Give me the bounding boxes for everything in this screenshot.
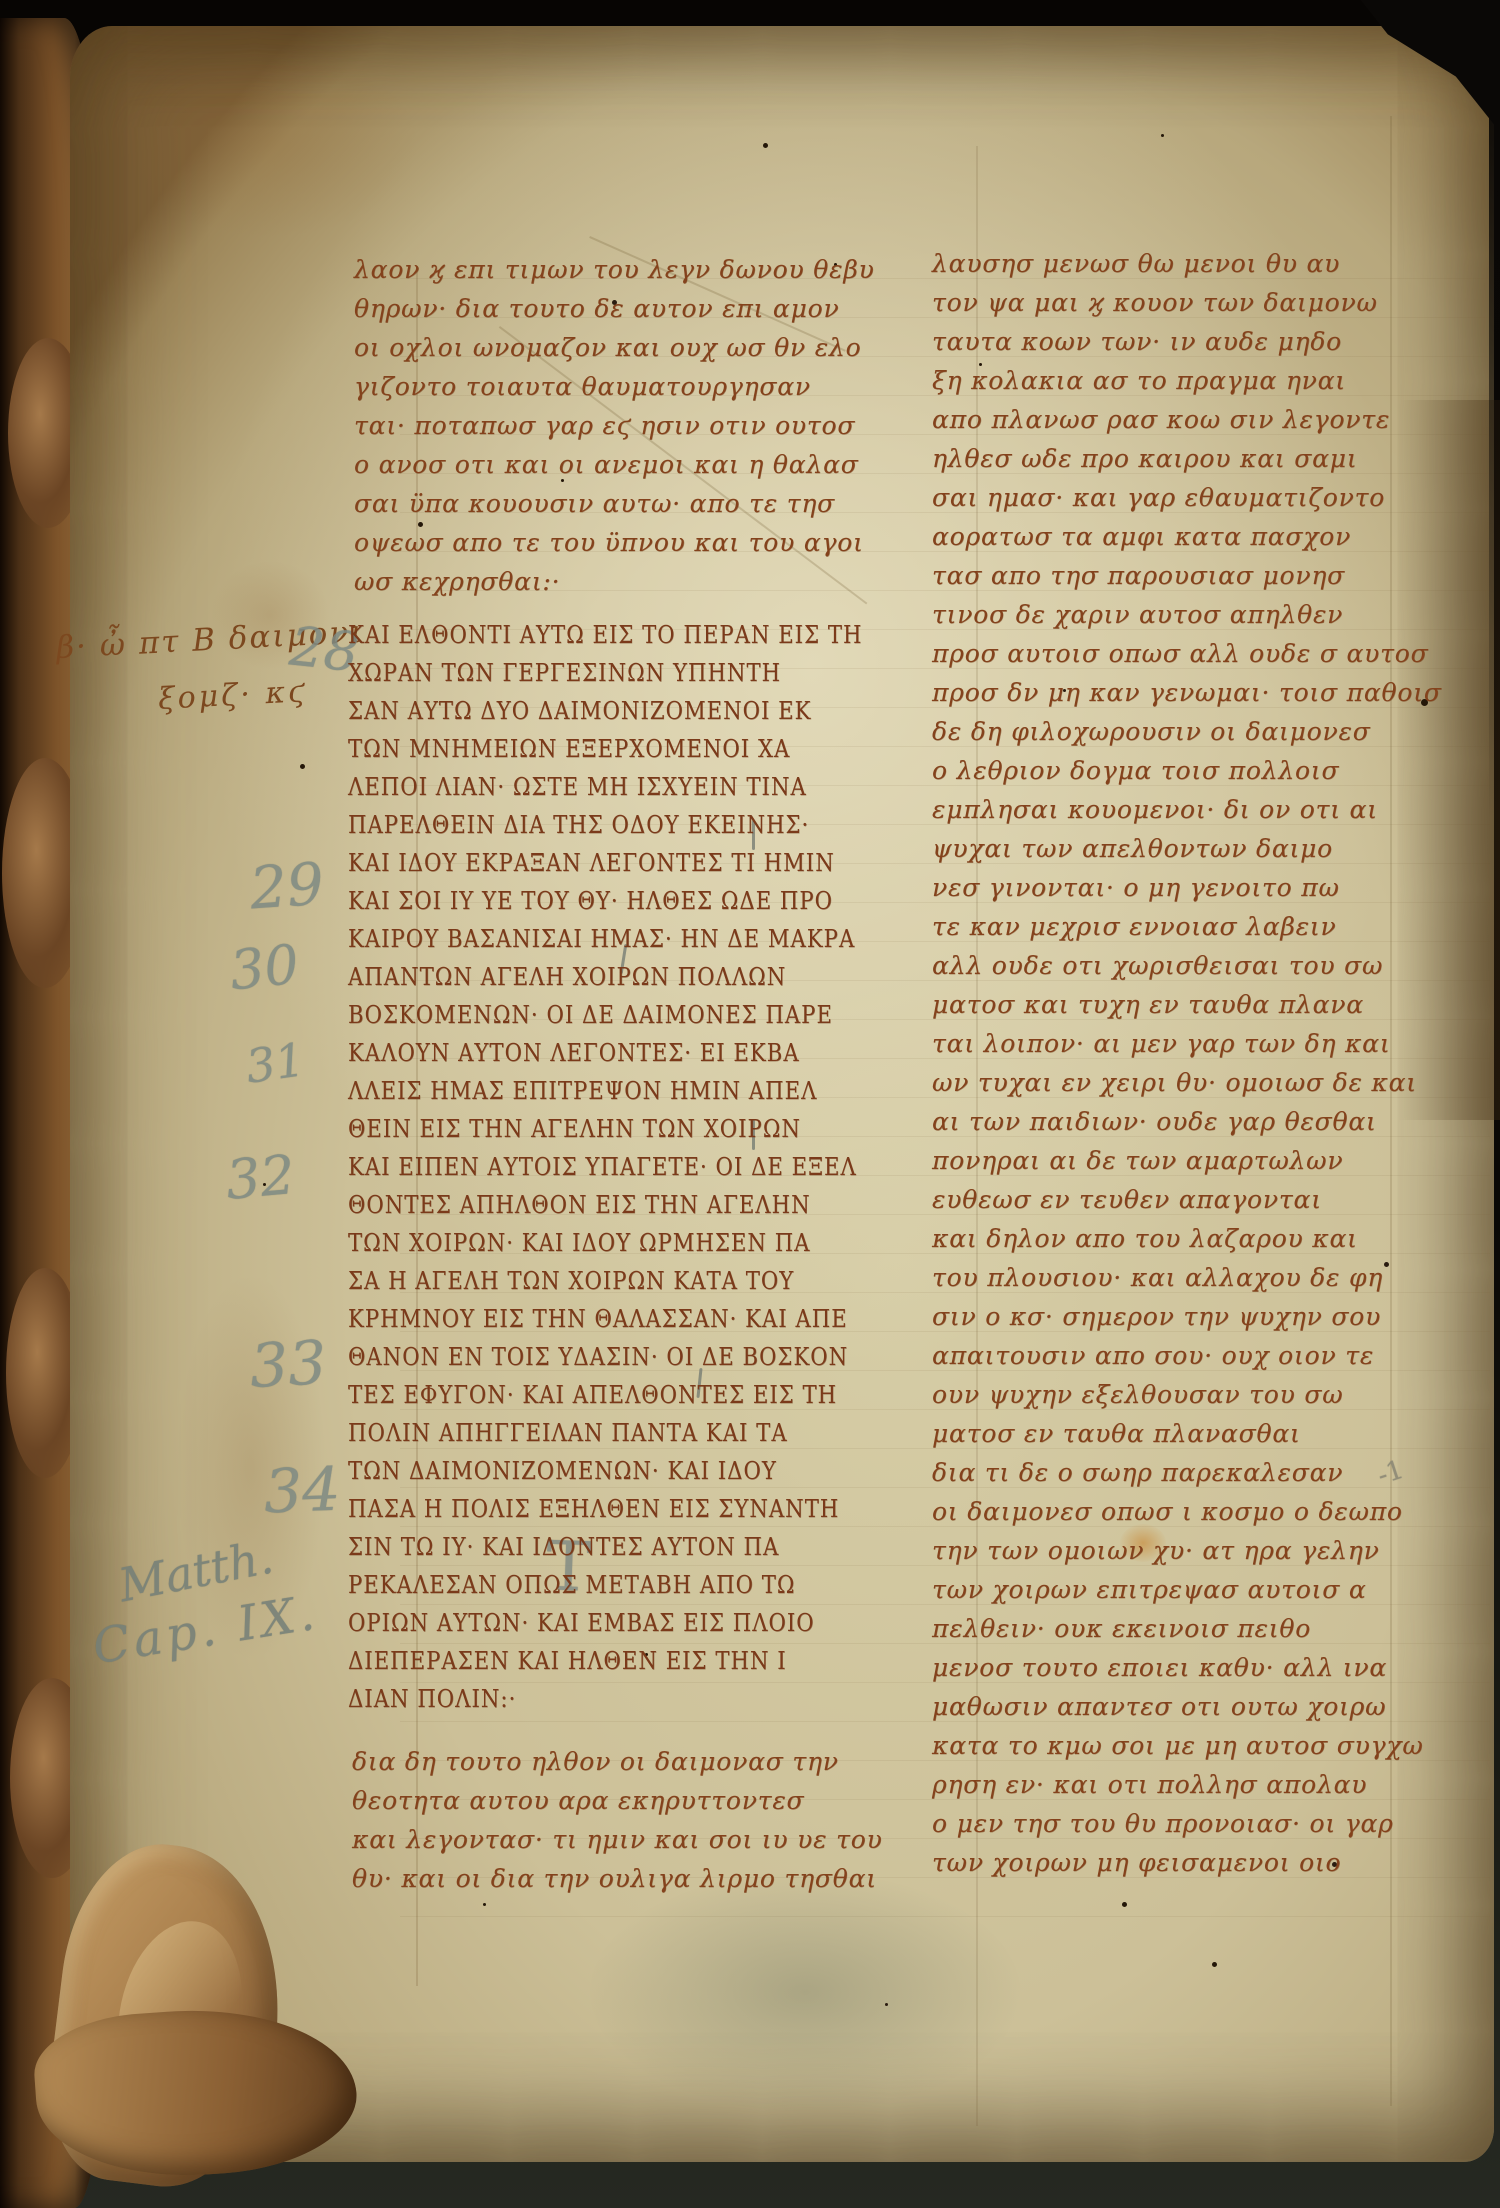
gospel-line: ΤΩΝ ΧΟΙΡΩΝ· ΚΑΙ ΙΔΟΥ ΩΡΜΗΣΕΝ ΠΑ bbox=[348, 1224, 862, 1262]
commentary-line: λαυσησ μενωσ θω μενοι θυ αυ bbox=[932, 244, 1442, 283]
commentary-line: θυ· και οι δια την ουλιγα λιρμο τησθαι bbox=[352, 1859, 883, 1898]
photo-background-top bbox=[0, 0, 1500, 26]
commentary-line: θηρων· δια τουτο δε αυτον επι αμον bbox=[354, 289, 875, 328]
commentary-line: τον ψα μαι ϗ κουον των δαιμονω bbox=[932, 283, 1442, 322]
gospel-line: ΚΑΛΟΥΝ ΑΥΤΟΝ ΛΕΓΟΝΤΕΣ· ΕΙ ΕΚΒΑ bbox=[348, 1034, 862, 1072]
right-column-commentary: λαυσησ μενωσ θω μενοι θυ αυτον ψα μαι ϗ … bbox=[932, 244, 1442, 1882]
commentary-line: οι οχλοι ωνομαζον και ουχ ωσ θν ελο bbox=[354, 328, 875, 367]
commentary-line: και δηλον απο του λαζαρου και bbox=[932, 1219, 1442, 1258]
commentary-line: τε καν μεχρισ εννοιασ λαβειν bbox=[932, 907, 1442, 946]
gospel-line: ΤΕΣ ΕΦΥΓΟΝ· ΚΑΙ ΑΠΕΛΘΟΝΤΕΣ ΕΙΣ ΤΗ bbox=[348, 1376, 862, 1414]
left-column-commentary-top: λαον ϗ επι τιμων του λεγν δωνου θεβυθηρω… bbox=[354, 250, 875, 601]
gospel-line: ΛΛΕΙΣ ΗΜΑΣ ΕΠΙΤΡΕΨΟΝ ΗΜΙΝ ΑΠΕΛ bbox=[348, 1072, 862, 1110]
commentary-line: μενοσ τουτο εποιει καθυ· αλλ ινα bbox=[932, 1648, 1442, 1687]
commentary-line: δε δη φιλοχωρουσιν οι δαιμονεσ bbox=[932, 712, 1442, 751]
commentary-line: την των ομοιων χυ· ατ ηρα γελην bbox=[932, 1531, 1442, 1570]
left-column-commentary-bottom: δια δη τουτο ηλθον οι δαιμονασ τηνθεοτητ… bbox=[352, 1742, 883, 1898]
commentary-line: οψεωσ απο τε του ϋπνου και του αγοι bbox=[354, 523, 875, 562]
commentary-line: ωσ κεχρησθαι:· bbox=[354, 562, 875, 601]
gospel-line: ΘΟΝΤΕΣ ΑΠΗΛΘΟΝ ΕΙΣ ΤΗΝ ΑΓΕΛΗΝ bbox=[348, 1186, 862, 1224]
gospel-line: ΚΑΙ ΕΛΘΟΝΤΙ ΑΥΤΩ ΕΙΣ ΤΟ ΠΕΡΑΝ ΕΙΣ ΤΗ bbox=[348, 616, 862, 654]
commentary-line: ευθεωσ εν τευθεν απαγονται bbox=[932, 1180, 1442, 1219]
left-column-gospel-text: ΚΑΙ ΕΛΘΟΝΤΙ ΑΥΤΩ ΕΙΣ ΤΟ ΠΕΡΑΝ ΕΙΣ ΤΗΧΩΡΑ… bbox=[348, 616, 862, 1718]
commentary-line: πονηραι αι δε των αμαρτωλων bbox=[932, 1141, 1442, 1180]
verse-number-31: 31 bbox=[243, 1032, 308, 1094]
commentary-line: οι δαιμονεσ οπωσ ι κοσμο ο δεωπο bbox=[932, 1492, 1442, 1531]
gospel-line: ΣΑΝ ΑΥΤΩ ΔΥΟ ΔΑΙΜΟΝΙΖΟΜΕΝΟΙ ΕΚ bbox=[348, 692, 862, 730]
commentary-line: λαον ϗ επι τιμων του λεγν δωνου θεβυ bbox=[354, 250, 875, 289]
verse-number-29: 29 bbox=[248, 850, 326, 923]
gospel-line: ΛΕΠΟΙ ΛΙΑΝ· ΩΣΤΕ ΜΗ ΙΣΧΥΕΙΝ ΤΙΝΑ bbox=[348, 768, 862, 806]
gospel-line: ΤΩΝ ΔΑΙΜΟΝΙΖΟΜΕΝΩΝ· ΚΑΙ ΙΔΟΥ bbox=[348, 1452, 862, 1490]
verse-number-33: 33 bbox=[248, 1328, 328, 1402]
verse-number-32: 32 bbox=[223, 1143, 297, 1212]
commentary-line: νεσ γινονται· ο μη γενοιτο πω bbox=[932, 868, 1442, 907]
manuscript-photo: { "palette": { "background": "#0a0806", … bbox=[0, 0, 1500, 2208]
stain bbox=[120, 48, 420, 238]
commentary-line: αι των παιδιων· ουδε γαρ θεσθαι bbox=[932, 1102, 1442, 1141]
gospel-line: ΚΡΗΜΝΟΥ ΕΙΣ ΤΗΝ ΘΑΛΑΣΣΑΝ· ΚΑΙ ΑΠΕ bbox=[348, 1300, 862, 1338]
verse-number-30: 30 bbox=[227, 933, 302, 1003]
commentary-line: ηλθεσ ωδε προ καιρου και σαμι bbox=[932, 439, 1442, 478]
wormhole-specks bbox=[0, 0, 5, 5]
gospel-line: ΠΑΡΕΛΘΕΙΝ ΔΙΑ ΤΗΣ ΟΔΟΥ ΕΚΕΙΝΗΣ· bbox=[348, 806, 862, 844]
gospel-line: ΔΙΕΠΕΡΑΣΕΝ ΚΑΙ ΗΛΘΕΝ ΕΙΣ ΤΗΝ Ι bbox=[348, 1642, 862, 1680]
gospel-line: ΚΑΙ ΙΔΟΥ ΕΚΡΑΞΑΝ ΛΕΓΟΝΤΕΣ ΤΙ ΗΜΙΝ bbox=[348, 844, 862, 882]
commentary-line: προσ δν μη καν γενωμαι· τοισ παθοισ bbox=[932, 673, 1442, 712]
commentary-line: δια δη τουτο ηλθον οι δαιμονασ την bbox=[352, 1742, 883, 1781]
commentary-line: πελθειν· ουκ εκεινοισ πειθο bbox=[932, 1609, 1442, 1648]
commentary-line: ψυχαι των απελθοντων δαιμο bbox=[932, 829, 1442, 868]
commentary-line: ται· ποταπωσ γαρ εϛ ησιν οτιν ουτοσ bbox=[354, 406, 875, 445]
commentary-line: θεοτητα αυτου αρα εκηρυττοντεσ bbox=[352, 1781, 883, 1820]
gospel-line: ΔΙΑΝ ΠΟΛΙΝ:· bbox=[348, 1680, 862, 1718]
commentary-line: δια τι δε ο σωηρ παρεκαλεσαν bbox=[932, 1453, 1442, 1492]
commentary-line: και λεγοντασ· τι ημιν και σοι ιυ υε του bbox=[352, 1820, 883, 1859]
photo-background-edge bbox=[1489, 60, 1500, 820]
gospel-line: ΣΑ Η ΑΓΕΛΗ ΤΩΝ ΧΟΙΡΩΝ ΚΑΤΑ ΤΟΥ bbox=[348, 1262, 862, 1300]
commentary-line: σαι ϋπα κουουσιν αυτω· απο τε τησ bbox=[354, 484, 875, 523]
gospel-line: ΧΩΡΑΝ ΤΩΝ ΓΕΡΓΕΣΙΝΩΝ ΥΠΗΝΤΗ bbox=[348, 654, 862, 692]
gospel-line: ΒΟΣΚΟΜΕΝΩΝ· ΟΙ ΔΕ ΔΑΙΜΟΝΕΣ ΠΑΡΕ bbox=[348, 996, 862, 1034]
commentary-line: απαιτουσιν απο σου· ουχ οιον τε bbox=[932, 1336, 1442, 1375]
commentary-line: αλλ ουδε οτι χωρισθεισαι του σω bbox=[932, 946, 1442, 985]
commentary-line: σαι ημασ· και γαρ εθαυματιζοντο bbox=[932, 478, 1442, 517]
commentary-line: τασ απο τησ παρουσιασ μονησ bbox=[932, 556, 1442, 595]
verse-number-34: 34 bbox=[263, 1455, 342, 1528]
commentary-line: ται λοιπον· αι μεν γαρ των δη και bbox=[932, 1024, 1442, 1063]
commentary-line: εμπλησαι κουομενοι· δι ον οτι αι bbox=[932, 790, 1442, 829]
commentary-line: του πλουσιου· και αλλαχου δε φη bbox=[932, 1258, 1442, 1297]
commentary-line: ματοσ εν ταυθα πλανασθαι bbox=[932, 1414, 1442, 1453]
stain bbox=[590, 1872, 1020, 2112]
gospel-line: ΑΠΑΝΤΩΝ ΑΓΕΛΗ ΧΟΙΡΩΝ ΠΟΛΛΩΝ bbox=[348, 958, 862, 996]
gospel-line: ΘΑΝΟΝ ΕΝ ΤΟΙΣ ΥΔΑΣΙΝ· ΟΙ ΔΕ ΒΟΣΚΟΝ bbox=[348, 1338, 862, 1376]
gospel-line: ΚΑΙ ΣΟΙ ΙΥ ΥΕ ΤΟΥ ΘΥ· ΗΛΘΕΣ ΩΔΕ ΠΡΟ bbox=[348, 882, 862, 920]
commentary-line: προσ αυτοισ οπωσ αλλ ουδε σ αυτοσ bbox=[932, 634, 1442, 673]
commentary-line: ξη κολακια ασ το πραγμα ηναι bbox=[932, 361, 1442, 400]
commentary-line: σιν ο κσ· σημερον την ψυχην σου bbox=[932, 1297, 1442, 1336]
gospel-line: ΚΑΙΡΟΥ ΒΑΣΑΝΙΣΑΙ ΗΜΑΣ· ΗΝ ΔΕ ΜΑΚΡΑ bbox=[348, 920, 862, 958]
commentary-line: ρηση εν· και οτι πολλησ απολαυ bbox=[932, 1765, 1442, 1804]
gospel-line: ΡΕΚΑΛΕΣΑΝ ΟΠΩΣ ΜΕΤΑΒΗ ΑΠΟ ΤΩ bbox=[348, 1566, 862, 1604]
commentary-line: γιζοντο τοιαυτα θαυματουργησαν bbox=[354, 367, 875, 406]
gospel-line: ΣΙΝ ΤΩ ΙΥ· ΚΑΙ ΙΔΟΝΤΕΣ ΑΥΤΟΝ ΠΑ bbox=[348, 1528, 862, 1566]
commentary-line: κατα το κμω σοι με μη αυτοσ συγχω bbox=[932, 1726, 1442, 1765]
commentary-line: μαθωσιν απαντεσ οτι ουτω χοιρω bbox=[932, 1687, 1442, 1726]
commentary-line: ουν ψυχην εξελθουσαν του σω bbox=[932, 1375, 1442, 1414]
commentary-line: ο μεν τησ του θυ προνοιασ· οι γαρ bbox=[932, 1804, 1442, 1843]
gospel-line: ΘΕΙΝ ΕΙΣ ΤΗΝ ΑΓΕΛΗΝ ΤΩΝ ΧΟΙΡΩΝ bbox=[348, 1110, 862, 1148]
commentary-line: ο ανοσ οτι και οι ανεμοι και η θαλασ bbox=[354, 445, 875, 484]
gospel-line: ΠΟΛΙΝ ΑΠΗΓΓΕΙΛΑΝ ΠΑΝΤΑ ΚΑΙ ΤΑ bbox=[348, 1414, 862, 1452]
commentary-line: απο πλανωσ ρασ κοω σιν λεγοντε bbox=[932, 400, 1442, 439]
commentary-line: των χοιρων μη φεισαμενοι οιο bbox=[932, 1843, 1442, 1882]
commentary-line: ματοσ και τυχη εν ταυθα πλανα bbox=[932, 985, 1442, 1024]
gospel-line: ΠΑΣΑ Η ΠΟΛΙΣ ΕΞΗΛΘΕΝ ΕΙΣ ΣΥΝΑΝΤΗ bbox=[348, 1490, 862, 1528]
gospel-line: ΟΡΙΩΝ ΑΥΤΩΝ· ΚΑΙ ΕΜΒΑΣ ΕΙΣ ΠΛΟΙΟ bbox=[348, 1604, 862, 1642]
commentary-line: ων τυχαι εν χειρι θυ· ομοιωσ δε και bbox=[932, 1063, 1442, 1102]
commentary-line: τινοσ δε χαριν αυτοσ απηλθεν bbox=[932, 595, 1442, 634]
commentary-line: αορατωσ τα αμφι κατα πασχον bbox=[932, 517, 1442, 556]
gospel-line: ΚΑΙ ΕΙΠΕΝ ΑΥΤΟΙΣ ΥΠΑΓΕΤΕ· ΟΙ ΔΕ ΕΞΕΛ bbox=[348, 1148, 862, 1186]
commentary-line: των χοιρων επιτρεψασ αυτοισ α bbox=[932, 1570, 1442, 1609]
commentary-line: ταυτα κοων των· ιν αυδε μηδο bbox=[932, 322, 1442, 361]
commentary-line: ο λεθριον δογμα τοισ πολλοισ bbox=[932, 751, 1442, 790]
gospel-line: ΤΩΝ ΜΝΗΜΕΙΩΝ ΕΞΕΡΧΟΜΕΝΟΙ ΧΑ bbox=[348, 730, 862, 768]
